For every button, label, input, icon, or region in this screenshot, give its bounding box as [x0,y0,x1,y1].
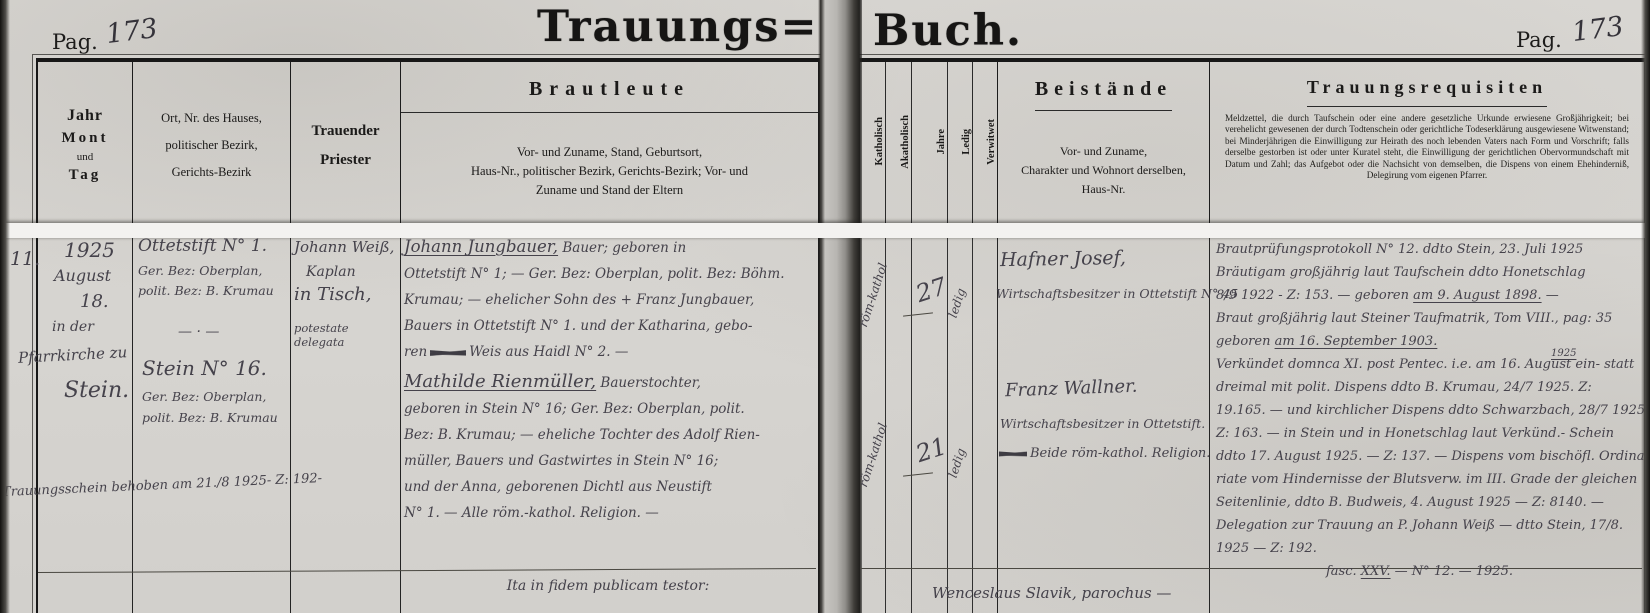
bride-details: geboren in Stein N° 16; Ger. Bez: Oberpl… [404,396,816,526]
witness2-name: Franz Wallner. [1005,376,1138,402]
witness1-name: Hafner Josef, [1000,247,1126,271]
bride-age: 21 [912,432,950,468]
left-row-divider [38,568,816,573]
groom-residence: Ottetstift N° 1.Ger. Bez: Oberplan,polit… [138,236,293,303]
bride-religion: röm-kathol [852,410,893,500]
banns-year-superscript: 1925 [1551,342,1576,365]
bride-residence: Stein N° 16.Ger. Bez: Oberplan,polit. Be… [142,356,297,431]
crossed-out-word [430,347,466,358]
groom-last-line: renWeis aus Haidl N° 2. — [404,339,816,365]
place-divider: — · — [178,324,219,340]
groom-birthdate: am 9. August 1898. [1413,288,1541,303]
groom-age-underline [903,312,933,316]
page-edge-right [1641,0,1650,613]
entry-month: August [54,266,111,285]
witness1-description: Wirtschaftsbesitzer in Ottetstift N° 45 [996,286,1238,301]
marriage-register-spread: Pag. 173 Trauungs= Buch. Pag. 173 JahrMo… [0,0,1650,613]
entry-place-line1: in der [52,319,94,335]
entry-number: 11. [10,248,40,270]
brautleute-entry: Johann Jungbauer, Bauer; geboren in Otte… [404,234,816,526]
groom-religion: röm-kathol [852,250,893,340]
crossed-out-word [999,448,1027,459]
groom-age: 27 [912,272,950,308]
handwriting-layer: 11. Trauungsschein behoben am 21./8 1925… [0,0,1650,613]
witness2-description: Wirtschaftsbesitzer in Ottetstift. [1000,416,1205,431]
attestation: Ita in fidem publicam testor: [400,578,816,594]
page-edge-left [0,0,10,613]
groom-details: Ottetstift N° 1; — Ger. Bez: Oberplan, p… [404,261,816,339]
margin-note: Trauungsschein behoben am 21./8 1925- Z:… [2,471,323,500]
witness-religion-line: Beide röm-kathol. Religion. [996,446,1210,461]
officiating-priest: Johann Weiß,Kaplanin Tisch,potestate del… [294,238,400,349]
entry-year: 1925 [64,238,115,262]
groom-line1: Johann Jungbauer, Bauer; geboren in [404,234,816,261]
bride-name: Mathilde Rienmüller, [404,371,596,392]
fascicle-number: XXV. [1361,564,1391,579]
bride-status: ledig [940,428,975,499]
entry-place-name: Stein. [64,378,129,403]
entry-day: 18. [80,291,109,312]
entry-place-line2: Pfarrkirche zu [18,343,128,367]
bride-age-underline [903,472,933,476]
groom-status: ledig [940,268,975,339]
bride-birthdate: am 16. September 1903. [1275,334,1438,349]
groom-name: Johann Jungbauer, [404,237,558,256]
bride-line1: Mathilde Rienmüller, Bauerstochter, [404,369,816,396]
requisiten-entry: Brautprüfungsprotokoll N° 12. ddto Stein… [1216,238,1646,583]
priest-signature: Wenceslaus Slavik, parochus — [932,584,1171,602]
